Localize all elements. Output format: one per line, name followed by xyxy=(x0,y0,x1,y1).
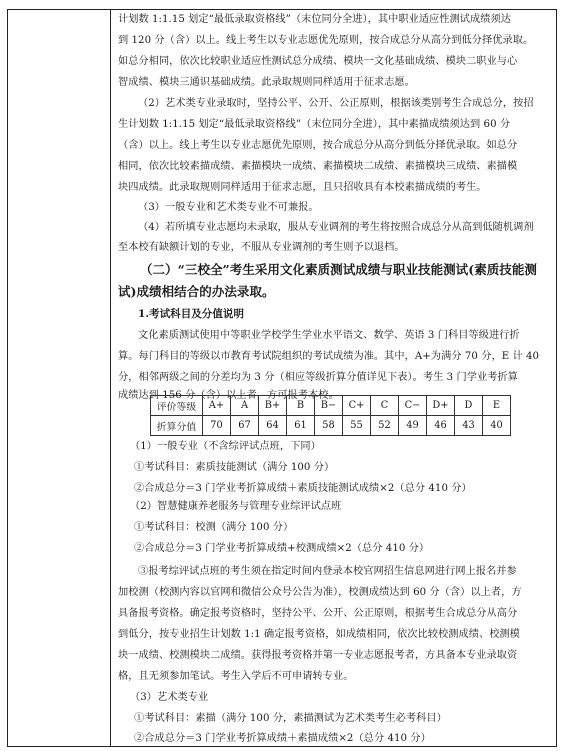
paragraph-line: 智成绩、模块三通识基础成绩。此录取规则同样适用于征求志愿。 xyxy=(118,76,415,90)
paragraph-line: 至本校有缺额计划的专业，不服从专业调剂的考生则予以退档。 xyxy=(118,241,405,255)
grade-cell: A xyxy=(231,396,259,416)
table-row: 折算分值 70 67 64 61 58 55 52 49 46 43 40 xyxy=(151,416,511,436)
list-item: ②合成总分＝3 门学业考折算成绩+校测成绩×2（总分 410 分） xyxy=(134,542,429,556)
list-item: ②合成总分＝3 门学业考折算成绩＋素质技能测试成绩×2（总分 410 分） xyxy=(134,482,472,496)
grade-cell: C xyxy=(371,396,399,416)
score-cell: 70 xyxy=(203,416,231,436)
paragraph-line: （2）艺术类专业录取时，坚持公平、公开、公正原则，根据该类别考生合成总分，按招 xyxy=(138,97,534,111)
paragraph-line: 计划数 1:1.15 划定“最低录取资格线”（末位同分全进），其中职业适应性测试… xyxy=(118,13,511,27)
paragraph-line: 块一成绩、校测模块二成绩。获得报考资格并第一专业志愿报考者，方具备本专业录取资 xyxy=(118,649,517,663)
list-item: （1）一般专业（不含综评试点班，下同） xyxy=(130,440,321,454)
score-cell: 46 xyxy=(427,416,455,436)
document-table-frame: 计划数 1:1.15 划定“最低录取资格线”（末位同分全进），其中职业适应性测试… xyxy=(7,9,557,747)
paragraph-line: 生计划数 1:1.15 划定“最低录取资格线”（末位同分全进），其中素描成绩须达… xyxy=(118,118,510,132)
grade-cell: A+ xyxy=(203,396,231,416)
intro-line: 分，相邻两级之间的分差均为 3 分（相应等级折算分值详见下表）。考生 3 门学业… xyxy=(118,371,518,385)
grade-cell: C+ xyxy=(343,396,371,416)
paragraph-line: 到低分，按专业招生计划数 1:1 确定报考资格，如成绩相同，依次比较校测成绩、校… xyxy=(118,628,520,642)
grade-cell: E xyxy=(483,396,511,416)
paragraph-line: 如总分相同，依次比较职业适应性测试总分成绩、模块一文化基础成绩、模块二职业与心 xyxy=(118,55,517,69)
row-header: 评价等级 xyxy=(151,396,203,416)
grade-cell: B+ xyxy=(259,396,287,416)
intro-line: 算。每门科目的等级以市教育考试院组织的考试成绩为准。其中，A+为满分 70 分，… xyxy=(118,350,539,364)
paragraph-line: 加校测（校测内容以官网和微信公众号公告为准），校测成绩达到 60 分（含）以上者… xyxy=(118,586,522,600)
list-item: ①考试科目：校测（满分 100 分） xyxy=(134,521,293,535)
score-cell: 49 xyxy=(399,416,427,436)
paragraph-line: （3）一般专业和艺术类专业不可兼报。 xyxy=(138,201,319,215)
list-item: ②合成总分＝3 门学业考折算成绩＋素描成绩×2（总分 410 分） xyxy=(134,732,431,746)
paragraph-line: （含）以上。线上考生以专业志愿优先原则，按合成总分从高分到低分择优录取。如总分 xyxy=(118,139,517,153)
grade-conversion-table: 评价等级 A+ A B+ B B− C+ C C− D+ D E 折算分值 70… xyxy=(150,395,511,436)
grade-cell: B xyxy=(287,396,315,416)
paragraph-line: 到 120 分（含）以上。线上考生以专业志愿优先原则，按合成总分从高分到低分择优… xyxy=(118,34,533,48)
score-cell: 64 xyxy=(259,416,287,436)
paragraph-line: （4）若所填专业志愿均未录取，服从专业调剂的考生将按照合成总分从高到低随机调剂 xyxy=(138,221,534,235)
list-item: （2）智慧健康养老服务与管理专业综评试点班 xyxy=(130,500,341,514)
list-item: （3）艺术类专业 xyxy=(130,691,208,705)
table-row: 评价等级 A+ A B+ B B− C+ C C− D+ D E xyxy=(151,396,511,416)
score-cell: 52 xyxy=(371,416,399,436)
grade-cell: D+ xyxy=(427,396,455,416)
grade-cell: B− xyxy=(315,396,343,416)
score-cell: 55 xyxy=(343,416,371,436)
paragraph-line: ③报考综评试点班的考生须在指定时间内登录本校官网招生信息网进行网上报名并参 xyxy=(138,565,517,579)
list-item: ①考试科目：素质技能测试（满分 100 分） xyxy=(134,461,334,475)
grade-cell: D xyxy=(455,396,483,416)
paragraph-line: 格，且无须参加笔试。考生入学后不可申请转专业。 xyxy=(118,670,353,684)
grade-cell: C− xyxy=(399,396,427,416)
intro-line: 文化素质测试使用中等职业学校学生学业水平语文、数学、英语 3 门科目等级进行折 xyxy=(138,329,520,343)
row-header: 折算分值 xyxy=(151,416,203,436)
column-divider xyxy=(110,10,111,746)
score-cell: 43 xyxy=(455,416,483,436)
subheading: 1.考试科目及分值说明 xyxy=(138,307,244,321)
paragraph-line: 块四成绩。此录取规则同样适用于征求志愿，且只招收具有本校素描成绩的考生。 xyxy=(118,181,487,195)
score-cell: 67 xyxy=(231,416,259,436)
paragraph-line: 具备报考资格。确定报考资格时，坚持公平、公开、公正原则，根据考生合成总分从高分 xyxy=(118,607,517,621)
paragraph-line: 相同，依次比较素描成绩、素描模块一成绩、素描模块二成绩、素描模块三成绩、素描模 xyxy=(118,160,517,174)
list-item: ①考试科目：素描（满分 100 分，素描测试为艺术类考生必考科目） xyxy=(134,712,447,726)
section-heading: （二）“三校全”考生采用文化素质测试成绩与职业技能测试(素质技能测 xyxy=(140,262,537,278)
score-cell: 61 xyxy=(287,416,315,436)
section-heading-continued: 试)成绩相结合的办法录取。 xyxy=(118,284,275,300)
score-cell: 40 xyxy=(483,416,511,436)
score-cell: 58 xyxy=(315,416,343,436)
